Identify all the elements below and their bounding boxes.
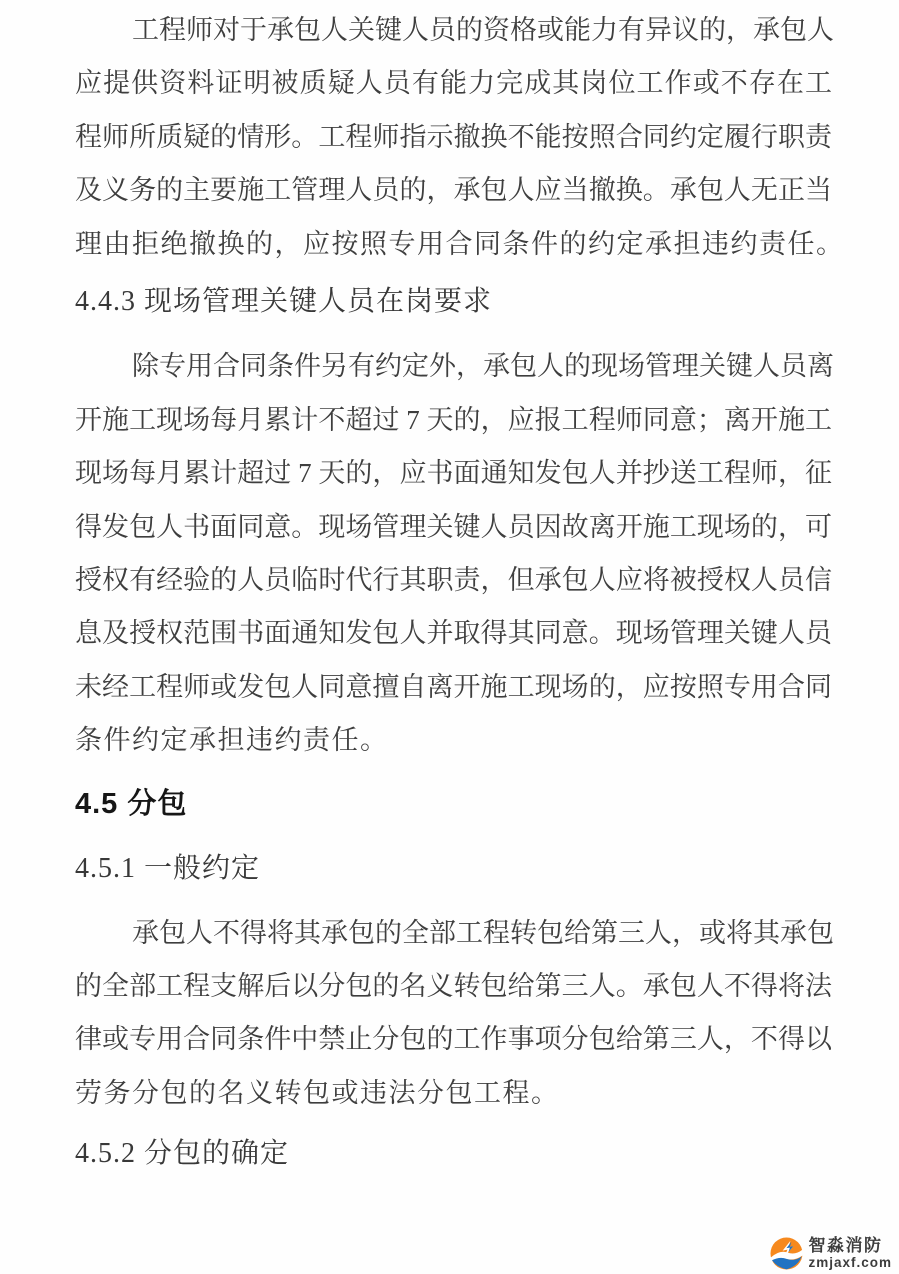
document-page: 工程师对于承包人关键人员的资格或能力有异议的，承包人 应提供资料证明被质疑人员有… bbox=[0, 0, 899, 1274]
paragraph-line: 程师所质疑的情形。工程师指示撤换不能按照合同约定履行职责 bbox=[75, 111, 832, 164]
paragraph-line: 应提供资料证明被质疑人员有能力完成其岗位工作或不存在工 bbox=[75, 57, 832, 110]
paragraph-line: 现场每月累计超过 7 天的，应书面通知发包人并抄送工程师，征 bbox=[75, 447, 832, 500]
paragraph-line: 得发包人书面同意。现场管理关键人员因故离开施工现场的，可 bbox=[75, 501, 832, 554]
paragraph-line: 条件约定承担违约责任。 bbox=[75, 714, 832, 767]
section-heading-4-4-3: 4.4.3 现场管理关键人员在岗要求 bbox=[75, 275, 832, 328]
brand-watermark: 智淼消防 zmjaxf.com bbox=[770, 1237, 892, 1270]
document-content: 工程师对于承包人关键人员的资格或能力有异议的，承包人 应提供资料证明被质疑人员有… bbox=[75, 4, 832, 1181]
paragraph-line: 承包人不得将其承包的全部工程转包给第三人，或将其承包 bbox=[75, 907, 832, 960]
paragraph: 工程师对于承包人关键人员的资格或能力有异议的，承包人 应提供资料证明被质疑人员有… bbox=[75, 4, 832, 271]
brand-logo-icon bbox=[770, 1237, 803, 1270]
paragraph-line: 律或专用合同条件中禁止分包的工作事项分包给第三人，不得以 bbox=[75, 1013, 832, 1066]
section-heading-4-5-1: 4.5.1 一般约定 bbox=[75, 842, 832, 895]
paragraph-line: 授权有经验的人员临时代行其职责，但承包人应将被授权人员信 bbox=[75, 554, 832, 607]
paragraph: 承包人不得将其承包的全部工程转包给第三人，或将其承包 的全部工程支解后以分包的名… bbox=[75, 907, 832, 1121]
paragraph-line: 息及授权范围书面通知发包人并取得其同意。现场管理关键人员 bbox=[75, 607, 832, 660]
brand-domain: zmjaxf.com bbox=[808, 1256, 892, 1270]
paragraph-line: 及义务的主要施工管理人员的，承包人应当撤换。承包人无正当 bbox=[75, 164, 832, 217]
paragraph-line: 工程师对于承包人关键人员的资格或能力有异议的，承包人 bbox=[75, 4, 832, 57]
paragraph-line: 开施工现场每月累计不超过 7 天的，应报工程师同意；离开施工 bbox=[75, 394, 832, 447]
paragraph-line: 未经工程师或发包人同意擅自离开施工现场的，应按照专用合同 bbox=[75, 661, 832, 714]
paragraph-line: 的全部工程支解后以分包的名义转包给第三人。承包人不得将法 bbox=[75, 960, 832, 1013]
brand-name: 智淼消防 bbox=[808, 1237, 892, 1254]
section-heading-4-5: 4.5 分包 bbox=[75, 778, 832, 831]
paragraph-line: 劳务分包的名义转包或违法分包工程。 bbox=[75, 1067, 832, 1120]
paragraph-line: 理由拒绝撤换的，应按照专用合同条件的约定承担违约责任。 bbox=[75, 218, 832, 271]
paragraph: 除专用合同条件另有约定外，承包人的现场管理关键人员离 开施工现场每月累计不超过 … bbox=[75, 340, 832, 767]
brand-text-block: 智淼消防 zmjaxf.com bbox=[808, 1237, 892, 1270]
section-heading-4-5-2: 4.5.2 分包的确定 bbox=[75, 1127, 832, 1180]
paragraph-line: 除专用合同条件另有约定外，承包人的现场管理关键人员离 bbox=[75, 340, 832, 393]
